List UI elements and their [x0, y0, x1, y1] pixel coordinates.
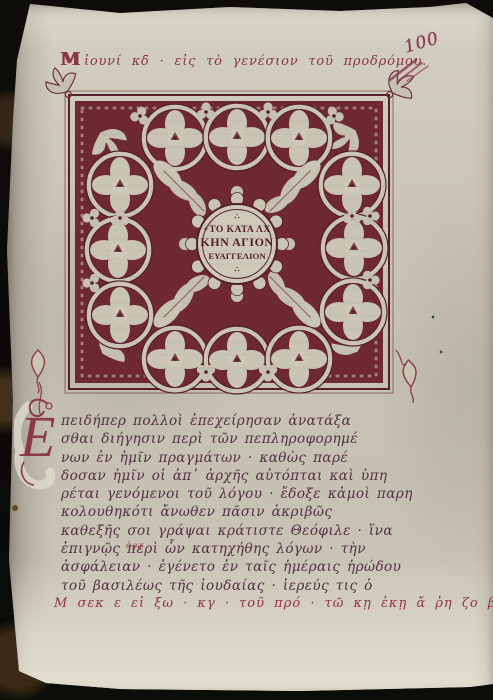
header-text: ἰουνί κδ̄ · εἰς τὸ γενέσιον τοῦ προδρόμο… [84, 54, 427, 69]
verso-showthrough [66, 94, 392, 394]
text-line: νων ἐν ἡμῖν πραγμάτων · καθὼς παρέ [61, 449, 453, 467]
header-initial: Μ [60, 49, 80, 70]
text-line: ἀσφάλειαν · ἐγένετο ἐν ταῖς ἡμέραις ἡρώδ… [61, 558, 453, 576]
text-line: ρέται γενόμενοι τοῦ λόγου · ἔδοξε κἀμοὶ … [61, 485, 453, 503]
drop-initial-epsilon: Ε [14, 392, 62, 492]
manuscript-photo: ∴ +ΤΟ ΚΑΤΑ ΛΧ ΚΗΝ ΑΓΙΟΝ ΕΥΑΓΓΕΛΙΟΝ ∴ Μἰο… [0, 0, 493, 700]
text-line: πειδήπερ πολλοὶ ἐπεχείρησαν ἀνατάξα [61, 412, 453, 430]
text-line: δοσαν ἡμῖν οἱ ἀπ᾽ ἀρχῆς αὐτόπται καὶ ὑπη [61, 467, 453, 485]
bottom-rubric: Μ σεκ ε εἰ ξω · κγ · τοῦ πρό · τῶ κῃ ἐκῃ… [54, 596, 454, 611]
corner-spade-bottom-right-icon [396, 350, 419, 404]
text-line: σθαι διήγησιν περὶ τῶν πεπληροφορημέ [61, 430, 453, 448]
folio-flourish-icon [386, 52, 442, 82]
text-line: κολουθηκότι ἄνωθεν πᾶσιν ἀκριβῶς [61, 503, 453, 521]
svg-text:Ε: Ε [19, 404, 55, 469]
text-line: ἐπιγνῷς περὶ ὧν κατηχήθης λόγων · τὴν [61, 540, 453, 558]
text-line: καθεξῆς σοι γράψαι κράτιστε Θεόφιλε · ἵν… [61, 522, 453, 540]
lection-start-mark: ἀρχ [126, 541, 144, 550]
body-text: πειδήπερ πολλοὶ ἐπεχείρησαν ἀνατάξασθαι … [61, 412, 453, 595]
text-line: τοῦ βασιλέως τῆς ἰουδαίας · ἱερεύς τις ὀ [61, 577, 453, 595]
